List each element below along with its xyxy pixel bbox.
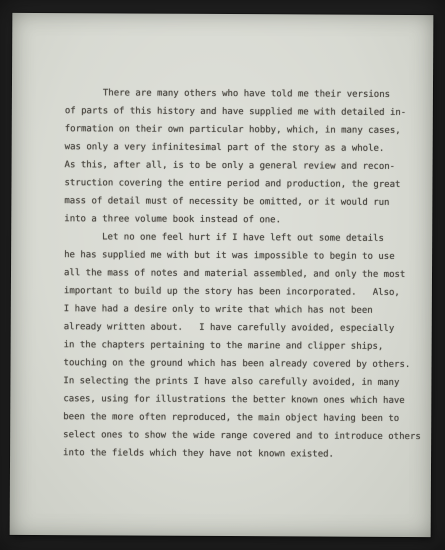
- text-line: all the mass of notes and material assem…: [64, 264, 424, 284]
- text-line: As this, after all, is to be only a gene…: [65, 156, 425, 176]
- text-line: cases, using for illustrations the bette…: [63, 390, 423, 410]
- text-line: There are many others who have told me t…: [65, 84, 425, 104]
- text-line: of parts of this history and have suppli…: [65, 102, 425, 122]
- text-line: been the more often reproduced, the main…: [63, 408, 423, 428]
- text-line: In selecting the prints I have also care…: [63, 372, 423, 392]
- text-line: touching on the ground which has been al…: [63, 354, 423, 374]
- text-line: already written about. I have carefully …: [64, 318, 424, 338]
- text-line: into a three volume book instead of one.: [64, 210, 424, 230]
- photo-background: There are many others who have told me t…: [0, 0, 445, 550]
- text-line: in the chapters pertaining to the marine…: [64, 336, 424, 356]
- text-line: important to build up the story has been…: [64, 282, 424, 302]
- text-line: struction covering the entire period and…: [64, 174, 424, 194]
- document-page: There are many others who have told me t…: [10, 13, 434, 537]
- text-line: select ones to show the wide range cover…: [63, 426, 423, 446]
- text-line: was only a very infinitesimal part of th…: [65, 138, 425, 158]
- text-line: I have had a desire only to write that w…: [64, 300, 424, 320]
- typewritten-text: There are many others who have told me t…: [63, 84, 425, 464]
- text-line: into the fields which they have not know…: [63, 444, 423, 464]
- text-line: he has supplied me with but it was impos…: [64, 246, 424, 266]
- text-line: Let no one feel hurt if I have left out …: [64, 228, 424, 248]
- text-line: formation on their own particular hobby,…: [65, 120, 425, 140]
- text-line: mass of detail must of necessity be omit…: [64, 192, 424, 212]
